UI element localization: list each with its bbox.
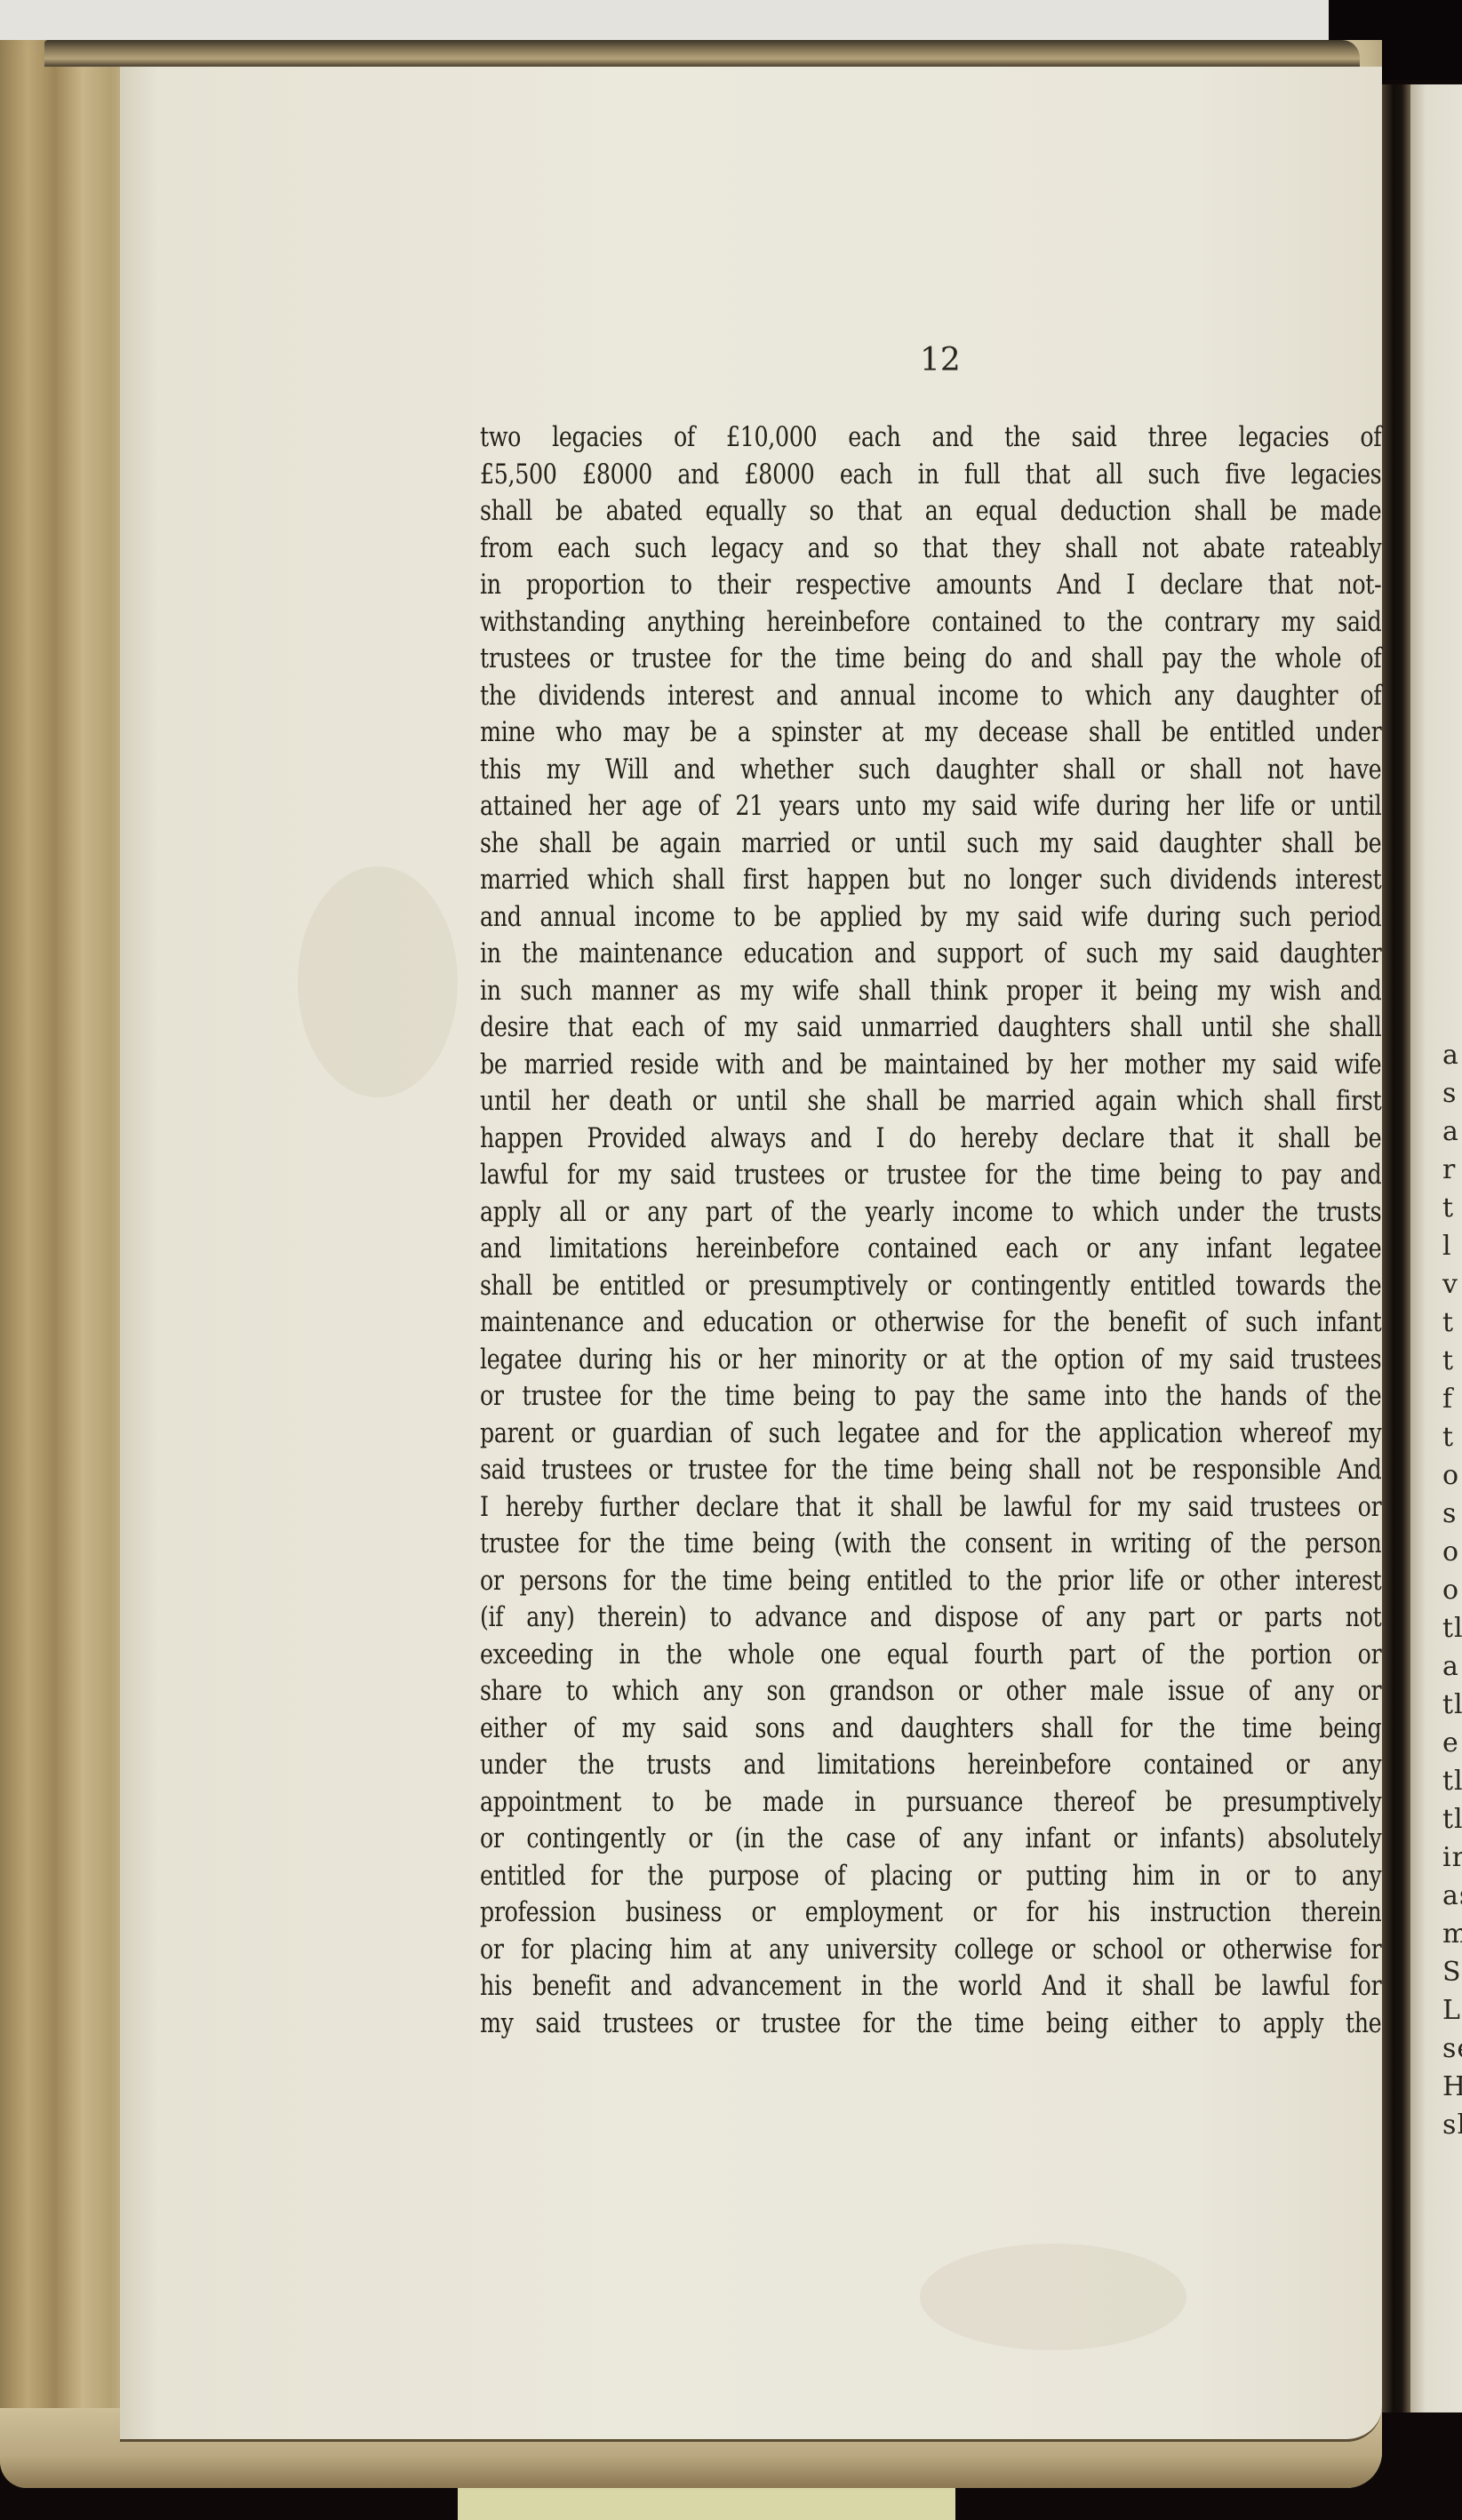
text-line: (if any) therein) to advance and dispose… xyxy=(480,1599,1381,1637)
text-line: my said trustees or trustee for the time… xyxy=(480,2006,1381,2043)
facing-fragment: s xyxy=(1442,1078,1457,1109)
text-line: or contingently or (in the case of any i… xyxy=(480,1821,1381,1858)
text-line: or trustee for the time being to pay the… xyxy=(480,1378,1381,1416)
facing-fragment: L xyxy=(1442,1995,1461,2026)
text-line: mine who may be a spinster at my decease… xyxy=(480,714,1381,752)
facing-fragment: t xyxy=(1442,1307,1454,1338)
paper-stain xyxy=(920,2244,1186,2350)
text-line: or for placing him at any university col… xyxy=(480,1932,1381,1969)
text-line: I hereby further declare that it shall b… xyxy=(480,1489,1381,1527)
facing-fragment: v xyxy=(1442,1269,1458,1300)
facing-fragment: se xyxy=(1442,2033,1462,2064)
facing-fragment: ir xyxy=(1442,1842,1462,1873)
facing-fragment: tl xyxy=(1442,1613,1462,1644)
facing-fragment: t xyxy=(1442,1422,1454,1453)
text-line: shall be abated equally so that an equal… xyxy=(480,493,1381,530)
facing-fragment: o xyxy=(1442,1536,1459,1567)
facing-fragment: o xyxy=(1442,1575,1459,1606)
facing-page: a s a r t l v t t f t o s o o tl a tl e … xyxy=(1410,84,1462,2412)
text-line: said trustees or trustee for the time be… xyxy=(480,1452,1381,1489)
facing-fragment: tl xyxy=(1442,1804,1462,1835)
body-text: two legacies of £10,000 each and the sai… xyxy=(480,419,1378,2042)
facing-fragment: o xyxy=(1442,1460,1459,1491)
text-line: be married reside with and be maintained… xyxy=(480,1047,1381,1084)
text-line: she shall be again married or until such… xyxy=(480,825,1381,863)
text-line: desire that each of my said unmarried da… xyxy=(480,1009,1381,1047)
text-line: his benefit and advancement in the world… xyxy=(480,1968,1381,2006)
facing-fragment: l xyxy=(1442,1231,1452,1262)
text-line: £5,500 £8000 and £8000 each in full that… xyxy=(480,457,1381,494)
text-line: until her death or until she shall be ma… xyxy=(480,1083,1381,1120)
text-line: happen Provided always and I do hereby d… xyxy=(480,1120,1381,1158)
facing-fragment: t xyxy=(1442,1345,1454,1376)
text-line: from each such legacy and so that they s… xyxy=(480,530,1381,568)
facing-fragment: t xyxy=(1442,1192,1454,1224)
book-gutter xyxy=(1382,84,1410,2412)
facing-fragment: tl xyxy=(1442,1689,1462,1720)
text-line: profession business or employment or for… xyxy=(480,1894,1381,1932)
facing-fragment: as xyxy=(1442,1880,1462,1911)
facing-fragment: m xyxy=(1442,1918,1462,1950)
facing-fragment: r xyxy=(1442,1154,1456,1185)
facing-fragment: sh xyxy=(1442,2109,1462,2141)
facing-fragment: e xyxy=(1442,1727,1459,1758)
text-line: maintenance and education or otherwise f… xyxy=(480,1304,1381,1342)
text-line: shall be entitled or presumptively or co… xyxy=(480,1268,1381,1305)
paper-stain xyxy=(298,866,458,1097)
facing-fragment: s xyxy=(1442,1498,1457,1529)
text-line: and annual income to be applied by my sa… xyxy=(480,899,1381,937)
facing-fragment: Sa xyxy=(1442,1957,1462,1988)
text-line: trustee for the time being (with the con… xyxy=(480,1526,1381,1563)
text-line: appointment to be made in pursuance ther… xyxy=(480,1784,1381,1822)
facing-fragment: a xyxy=(1442,1040,1459,1071)
text-line: apply all or any part of the yearly inco… xyxy=(480,1194,1381,1232)
text-line: exceeding in the whole one equal fourth … xyxy=(480,1637,1381,1674)
text-line: under the trusts and limitations hereinb… xyxy=(480,1747,1381,1784)
text-line: parent or guardian of such legatee and f… xyxy=(480,1416,1381,1453)
facing-fragment: f xyxy=(1442,1384,1453,1415)
text-line: attained her age of 21 years unto my sai… xyxy=(480,788,1381,825)
text-line: this my Will and whether such daughter s… xyxy=(480,752,1381,789)
text-line: lawful for my said trustees or trustee f… xyxy=(480,1157,1381,1194)
facing-fragment: tl xyxy=(1442,1766,1462,1797)
page-number: 12 xyxy=(920,342,961,379)
text-line: and limitations hereinbefore contained e… xyxy=(480,1231,1381,1268)
text-line: in such manner as my wife shall think pr… xyxy=(480,973,1381,1010)
facing-fragment: a xyxy=(1442,1651,1459,1682)
text-line: in proportion to their respective amount… xyxy=(480,567,1381,604)
text-line: two legacies of £10,000 each and the sai… xyxy=(480,419,1381,457)
top-binding-edge xyxy=(44,40,1360,67)
text-line: either of my said sons and daughters sha… xyxy=(480,1711,1381,1748)
facing-fragment: H xyxy=(1442,2071,1462,2102)
text-line: or persons for the time being entitled t… xyxy=(480,1563,1381,1600)
facing-fragment: a xyxy=(1442,1116,1459,1147)
text-line: married which shall first happen but no … xyxy=(480,862,1381,899)
text-line: in the maintenance education and support… xyxy=(480,936,1381,973)
text-line: the dividends interest and annual income… xyxy=(480,678,1381,715)
text-line: legatee during his or her minority or at… xyxy=(480,1342,1381,1379)
text-line: share to which any son grandson or other… xyxy=(480,1673,1381,1711)
text-line: entitled for the purpose of placing or p… xyxy=(480,1858,1381,1895)
text-line: trustees or trustee for the time being d… xyxy=(480,641,1381,678)
text-line: withstanding anything hereinbefore conta… xyxy=(480,604,1381,642)
